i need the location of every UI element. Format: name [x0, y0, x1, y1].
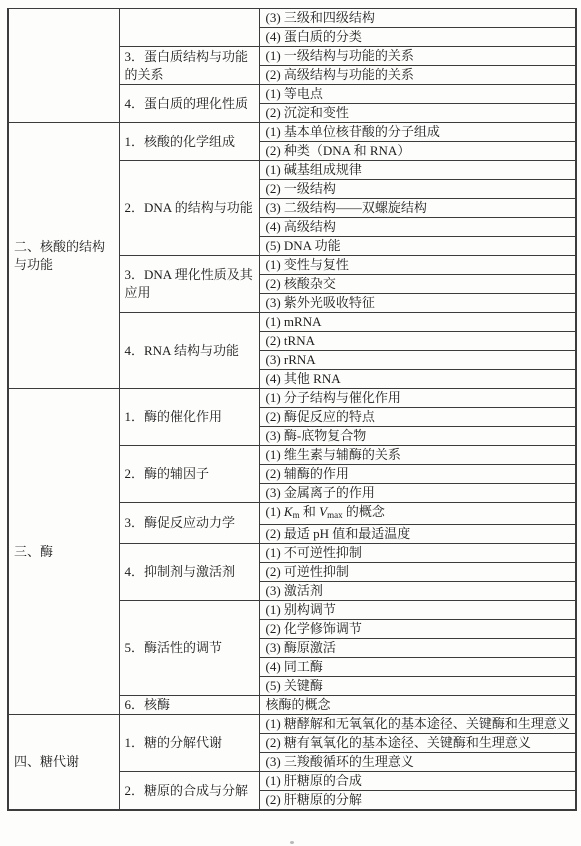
subsection-cell: 2．DNA 的结构与功能 [119, 161, 259, 256]
detail-cell: (4) 蛋白质的分类 [259, 28, 576, 47]
detail-cell: (1) 分子结构与催化作用 [259, 389, 576, 408]
subsection-cell: 2．酶的辅因子 [119, 446, 259, 503]
subsection-cell: 6．核酶 [119, 696, 259, 715]
detail-cell: (1) 等电点 [259, 85, 576, 104]
subsection-cell: 1．糖的分解代谢 [119, 715, 259, 772]
detail-cell: (5) DNA 功能 [259, 237, 576, 256]
table-row: (3) 三级和四级结构 [8, 9, 576, 28]
section-cell: 四、糖代谢 [8, 715, 119, 811]
detail-cell: (2) 酶促反应的特点 [259, 408, 576, 427]
detail-cell: (3) 三级和四级结构 [259, 9, 576, 28]
detail-cell: (2) 糖有氧氧化的基本途径、关键酶和生理意义 [259, 734, 576, 753]
detail-cell: (1) 碱基组成规律 [259, 161, 576, 180]
section-cell: 二、核酸的结构与功能 [8, 123, 119, 389]
detail-cell: (2) 最适 pH 值和最适温度 [259, 525, 576, 544]
detail-cell: (3) 紫外光吸收特征 [259, 294, 576, 313]
detail-cell: (3) 酶原激活 [259, 639, 576, 658]
subsection-cell [119, 9, 259, 47]
table-row: 四、糖代谢1．糖的分解代谢(1) 糖酵解和无氧氧化的基本途径、关键酶和生理意义 [8, 715, 576, 734]
detail-cell: (2) 肝糖原的分解 [259, 791, 576, 811]
syllabus-table-body: (3) 三级和四级结构(4) 蛋白质的分类3．蛋白质结构与功能的关系(1) 一级… [8, 9, 576, 811]
detail-cell: (3) rRNA [259, 351, 576, 370]
detail-cell: (3) 二级结构——双螺旋结构 [259, 199, 576, 218]
detail-cell: (1) 别构调节 [259, 601, 576, 620]
detail-cell: (1) 肝糖原的合成 [259, 772, 576, 791]
section-cell [8, 9, 119, 123]
subsection-cell: 4．蛋白质的理化性质 [119, 85, 259, 123]
formula-italic-segment: V [319, 504, 327, 519]
detail-cell: (1) 糖酵解和无氧氧化的基本途径、关键酶和生理意义 [259, 715, 576, 734]
subsection-cell: 3．酶促反应动力学 [119, 503, 259, 544]
detail-cell: (5) 关键酶 [259, 677, 576, 696]
document-page: (3) 三级和四级结构(4) 蛋白质的分类3．蛋白质结构与功能的关系(1) 一级… [0, 0, 581, 846]
formula-italic-segment: K [284, 504, 293, 519]
detail-cell: (3) 金属离子的作用 [259, 484, 576, 503]
detail-cell-formula: (1) Km 和 Vmax 的概念 [259, 503, 576, 525]
subsection-cell: 4．抑制剂与激活剂 [119, 544, 259, 601]
detail-cell: (3) 酶-底物复合物 [259, 427, 576, 446]
table-row: 二、核酸的结构与功能1．核酸的化学组成(1) 基本单位核苷酸的分子组成 [8, 123, 576, 142]
subsection-cell: 2．糖原的合成与分解 [119, 772, 259, 811]
footer-dot [290, 841, 294, 844]
detail-cell: (2) 核酸杂交 [259, 275, 576, 294]
detail-cell: (1) 变性与复性 [259, 256, 576, 275]
subsection-cell: 5．酶活性的调节 [119, 601, 259, 696]
detail-cell: (2) tRNA [259, 332, 576, 351]
detail-cell: (1) 不可逆性抑制 [259, 544, 576, 563]
formula-text-segment: (1) [266, 504, 284, 519]
table-row: 三、酶1．酶的催化作用(1) 分子结构与催化作用 [8, 389, 576, 408]
detail-cell: (2) 高级结构与功能的关系 [259, 66, 576, 85]
detail-cell: (2) 可逆性抑制 [259, 563, 576, 582]
detail-cell: (1) 一级结构与功能的关系 [259, 47, 576, 66]
detail-cell: (3) 激活剂 [259, 582, 576, 601]
detail-cell: (4) 高级结构 [259, 218, 576, 237]
formula-text-segment: 的概念 [343, 504, 385, 519]
formula-text-segment: 和 [300, 504, 320, 519]
section-cell: 三、酶 [8, 389, 119, 715]
formula-sub-segment: max [327, 510, 343, 520]
detail-cell: (1) 维生素与辅酶的关系 [259, 446, 576, 465]
subsection-cell: 1．核酸的化学组成 [119, 123, 259, 161]
detail-cell: (1) mRNA [259, 313, 576, 332]
subsection-cell: 3．DNA 理化性质及其应用 [119, 256, 259, 313]
detail-cell: (4) 其他 RNA [259, 370, 576, 389]
subsection-cell: 1．酶的催化作用 [119, 389, 259, 446]
detail-cell: (2) 沉淀和变性 [259, 104, 576, 123]
detail-cell: 核酶的概念 [259, 696, 576, 715]
subsection-cell: 4．RNA 结构与功能 [119, 313, 259, 389]
detail-cell: (2) 化学修饰调节 [259, 620, 576, 639]
detail-cell: (3) 三羧酸循环的生理意义 [259, 753, 576, 772]
detail-cell: (1) 基本单位核苷酸的分子组成 [259, 123, 576, 142]
formula-sub-segment: m [293, 510, 300, 520]
syllabus-table: (3) 三级和四级结构(4) 蛋白质的分类3．蛋白质结构与功能的关系(1) 一级… [7, 8, 577, 811]
detail-cell: (2) 辅酶的作用 [259, 465, 576, 484]
detail-cell: (2) 种类（DNA 和 RNA） [259, 142, 576, 161]
detail-cell: (2) 一级结构 [259, 180, 576, 199]
detail-cell: (4) 同工酶 [259, 658, 576, 677]
subsection-cell: 3．蛋白质结构与功能的关系 [119, 47, 259, 85]
